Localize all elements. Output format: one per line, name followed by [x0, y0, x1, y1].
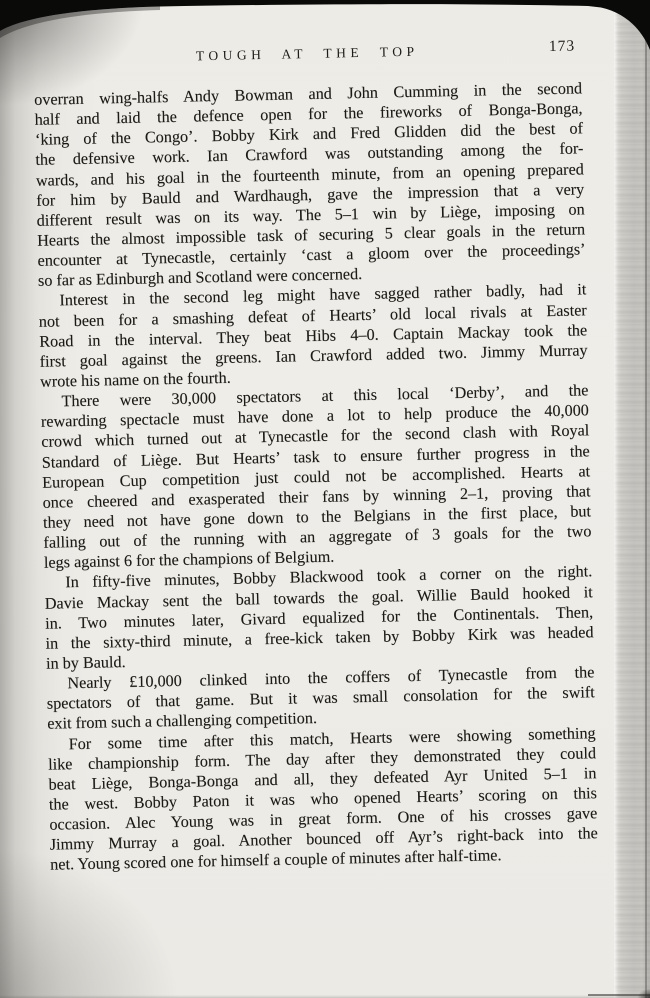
book-page-scan: TOUGH AT THE TOP 173 overran wing-halfs …	[0, 0, 650, 998]
bottom-right-corner-mark	[638, 989, 650, 998]
page-content: TOUGH AT THE TOP 173 overran wing-halfs …	[33, 40, 598, 875]
top-edge-shadow	[0, 0, 650, 60]
page-text: overran wing-halfs Andy Bowman and John …	[34, 78, 598, 875]
fore-edge-line	[645, 0, 647, 998]
